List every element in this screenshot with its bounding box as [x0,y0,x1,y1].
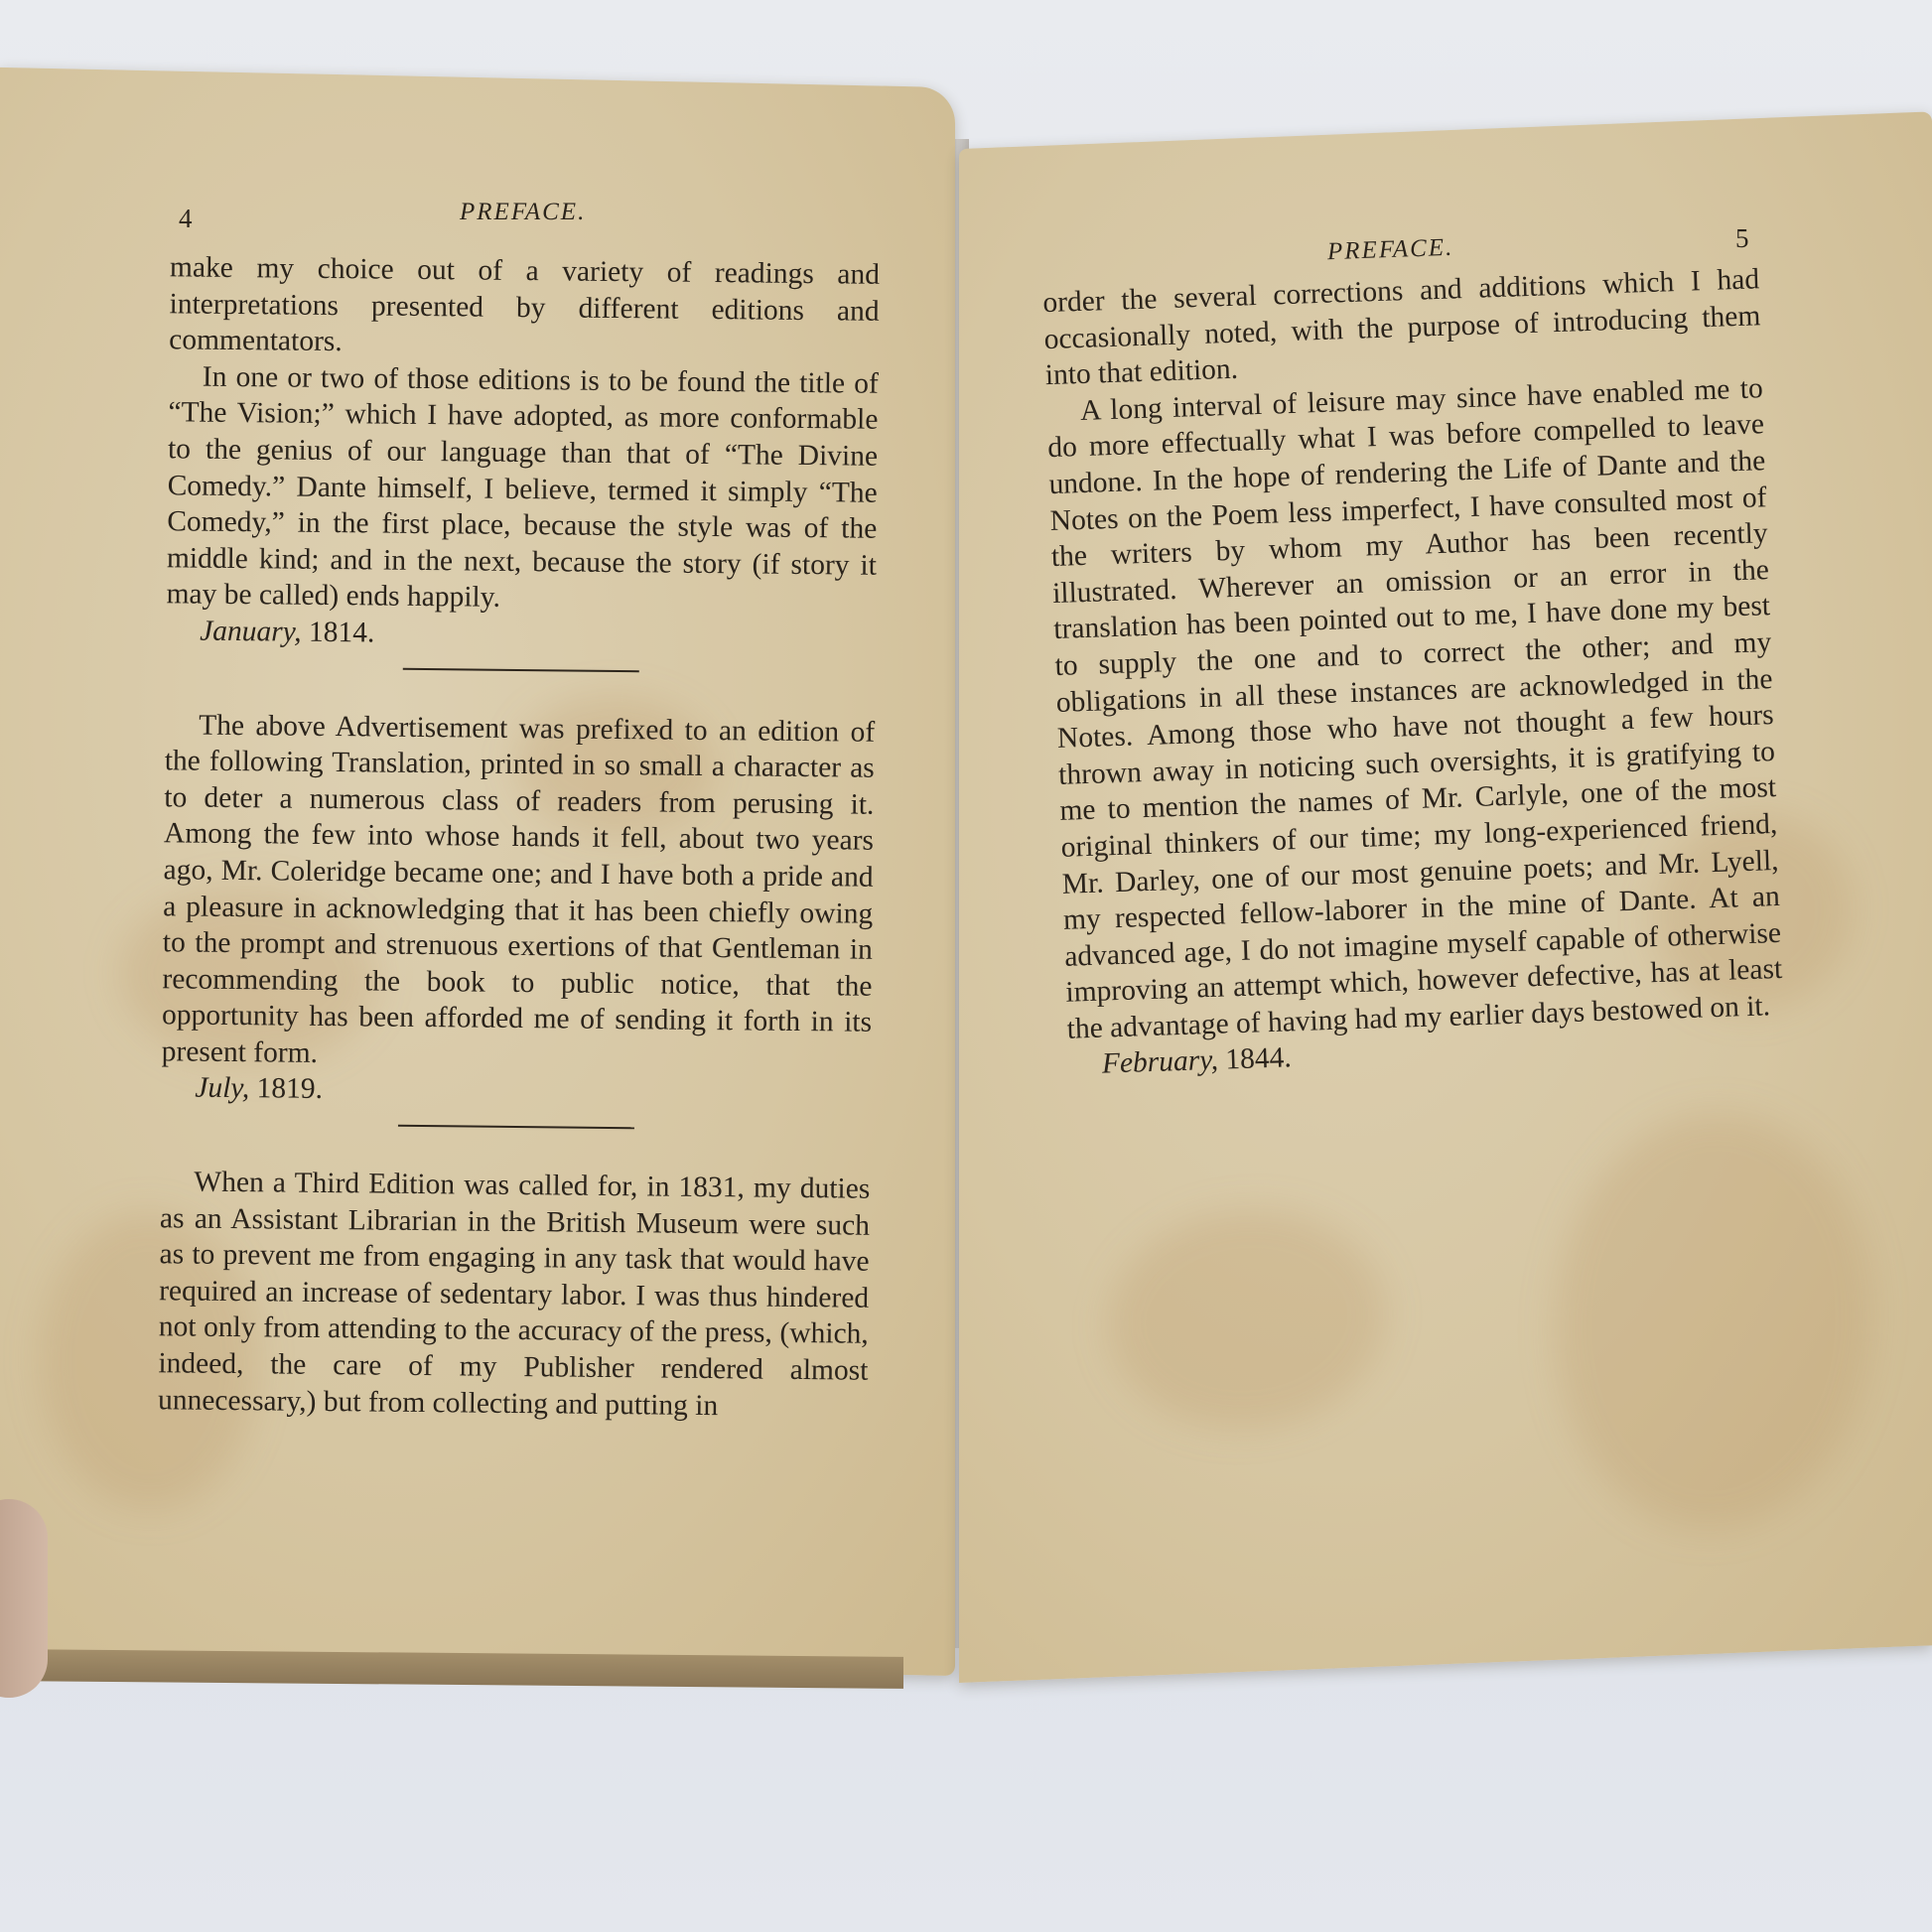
page-number-left: 4 [179,204,193,234]
date-year: 1814. [309,617,375,649]
thumb [0,1499,48,1698]
paragraph: A long interval of leisure may since hav… [1045,370,1783,1047]
paragraph: In one or two of those editions is to be… [166,358,879,621]
running-head-left: PREFACE. [460,199,586,226]
left-page-text: make my choice out of a variety of readi… [158,249,880,1426]
section-divider [402,667,638,671]
date-month: July, [195,1072,249,1105]
date-signature: January, 1814. [166,613,876,656]
date-signature: July, 1819. [161,1070,871,1114]
paragraph: When a Third Edition was called for, in … [158,1164,871,1426]
foxing-stain [1108,1204,1386,1434]
date-year: 1844. [1225,1042,1292,1076]
paragraph: The above Advertisement was prefixed to … [162,707,876,1077]
book-cover-edge [10,1649,903,1689]
date-month: February, [1101,1044,1218,1080]
date-year: 1819. [256,1073,323,1106]
section-divider [397,1125,633,1129]
paragraph: make my choice out of a variety of readi… [169,249,880,365]
running-head-right: PREFACE. [1327,234,1454,266]
foxing-stain [1555,1107,1872,1536]
right-page-text: order the several corrections and additi… [1042,261,1785,1084]
page-number-right: 5 [1735,223,1749,254]
date-month: January, [200,616,302,648]
